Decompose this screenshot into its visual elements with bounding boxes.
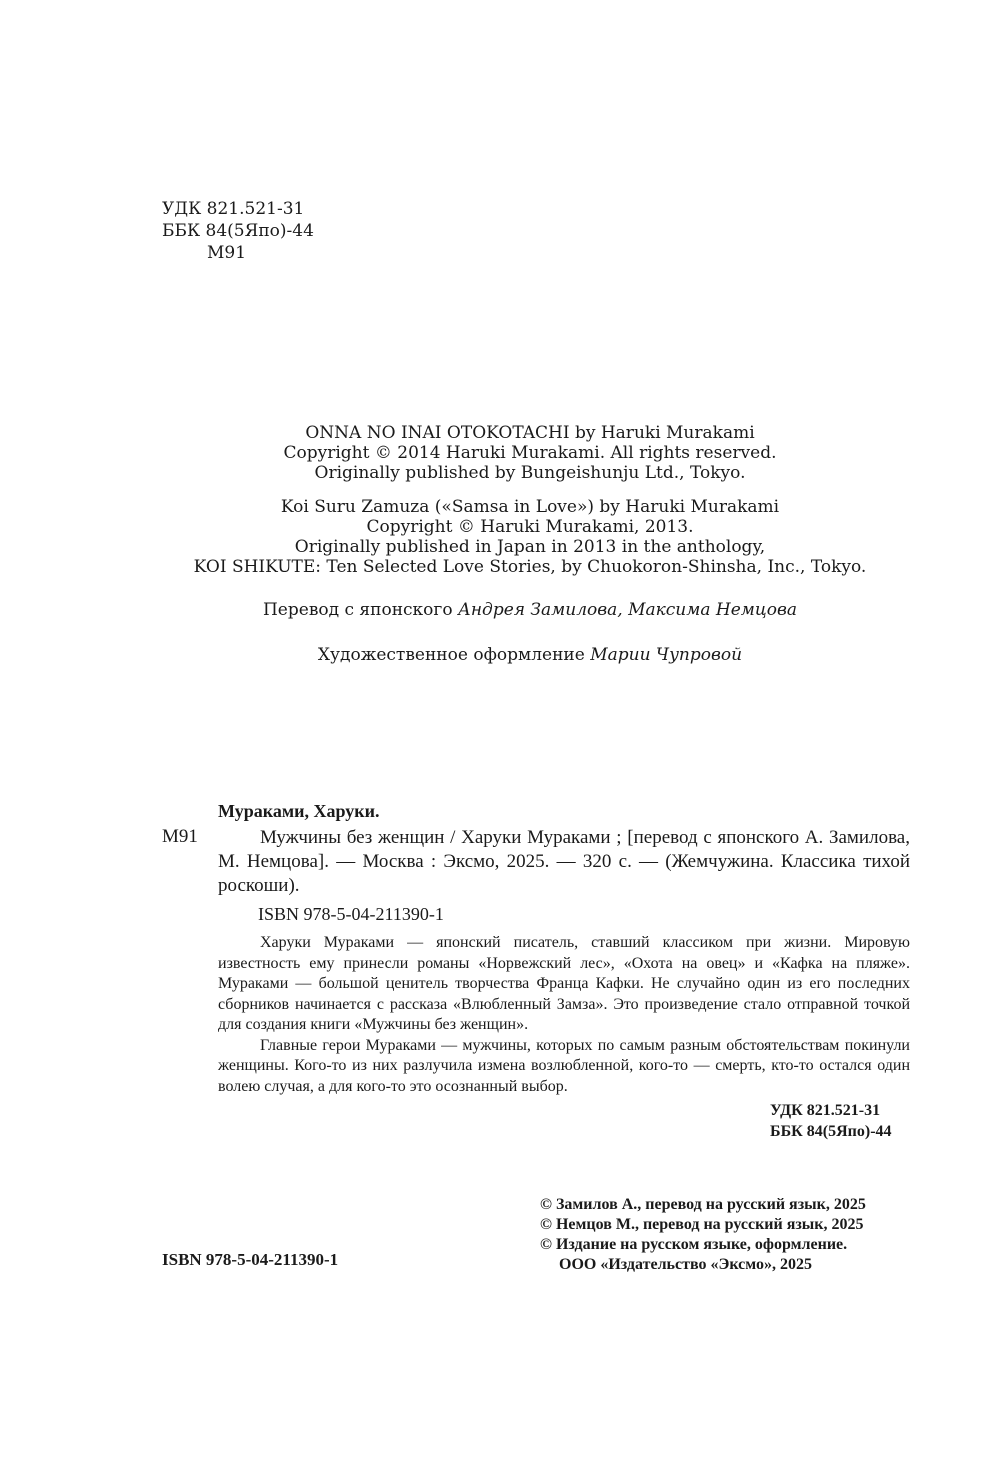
rights-line: Originally published in Japan in 2013 in…	[150, 537, 910, 557]
catalog-code: М91	[162, 826, 198, 848]
rights-line: Copyright © Haruki Murakami, 2013.	[150, 517, 910, 537]
copyright-line: © Замилов А., перевод на русский язык, 2…	[540, 1195, 866, 1215]
annotation-paragraph: Главные герои Мураками — мужчины, которы…	[218, 1036, 910, 1098]
copyright-line: © Немцов М., перевод на русский язык, 20…	[540, 1215, 866, 1235]
publisher-line: ООО «Издательство «Эксмо», 2025	[540, 1255, 866, 1275]
annotation-paragraph: Харуки Мураками — японский писатель, ста…	[218, 933, 910, 1036]
copyright-line: © Издание на русском языке, оформление.	[540, 1235, 866, 1255]
rights-line: Koi Suru Zamuza («Samsa in Love») by Har…	[150, 497, 910, 517]
design-label: Художественное оформление	[318, 645, 590, 665]
author-mark: М91	[162, 242, 314, 264]
annotation: Харуки Мураками — японский писатель, ста…	[218, 933, 910, 1097]
udk-code: УДК 821.521-31	[162, 198, 314, 220]
original-rights-block-1: ONNA NO INAI OTOKOTACHI by Haruki Muraka…	[150, 423, 910, 483]
bbk-code: ББК 84(5Япо)-44	[162, 220, 314, 242]
footer-isbn: ISBN 978-5-04-211390-1	[162, 1250, 338, 1270]
rights-line: KOI SHIKUTE: Ten Selected Love Stories, …	[150, 557, 910, 577]
catalog-isbn: ISBN 978-5-04-211390-1	[258, 904, 444, 925]
classification-bottom: УДК 821.521-31 ББК 84(5Япо)-44	[770, 1100, 892, 1142]
translation-credit: Перевод с японского Андрея Замилова, Мак…	[150, 600, 910, 620]
copyright-notices: © Замилов А., перевод на русский язык, 2…	[540, 1195, 866, 1275]
catalog-heading: Мураками, Харуки.	[218, 801, 380, 822]
original-rights-block-2: Koi Suru Zamuza («Samsa in Love») by Har…	[150, 497, 910, 577]
udk-code: УДК 821.521-31	[770, 1100, 892, 1121]
catalog-description: Мужчины без женщин / Харуки Мураками ; […	[218, 826, 910, 898]
designer: Марии Чупровой	[590, 645, 742, 665]
translators: Андрея Замилова, Максима Немцова	[458, 600, 797, 620]
classification-top: УДК 821.521-31 ББК 84(5Япо)-44 М91	[162, 198, 314, 264]
bbk-code: ББК 84(5Япо)-44	[770, 1121, 892, 1142]
rights-line: Originally published by Bungeishunju Ltd…	[150, 463, 910, 483]
rights-line: ONNA NO INAI OTOKOTACHI by Haruki Muraka…	[150, 423, 910, 443]
translation-label: Перевод с японского	[263, 600, 458, 620]
rights-line: Copyright © 2014 Haruki Murakami. All ri…	[150, 443, 910, 463]
design-credit: Художественное оформление Марии Чупровой	[150, 645, 910, 665]
